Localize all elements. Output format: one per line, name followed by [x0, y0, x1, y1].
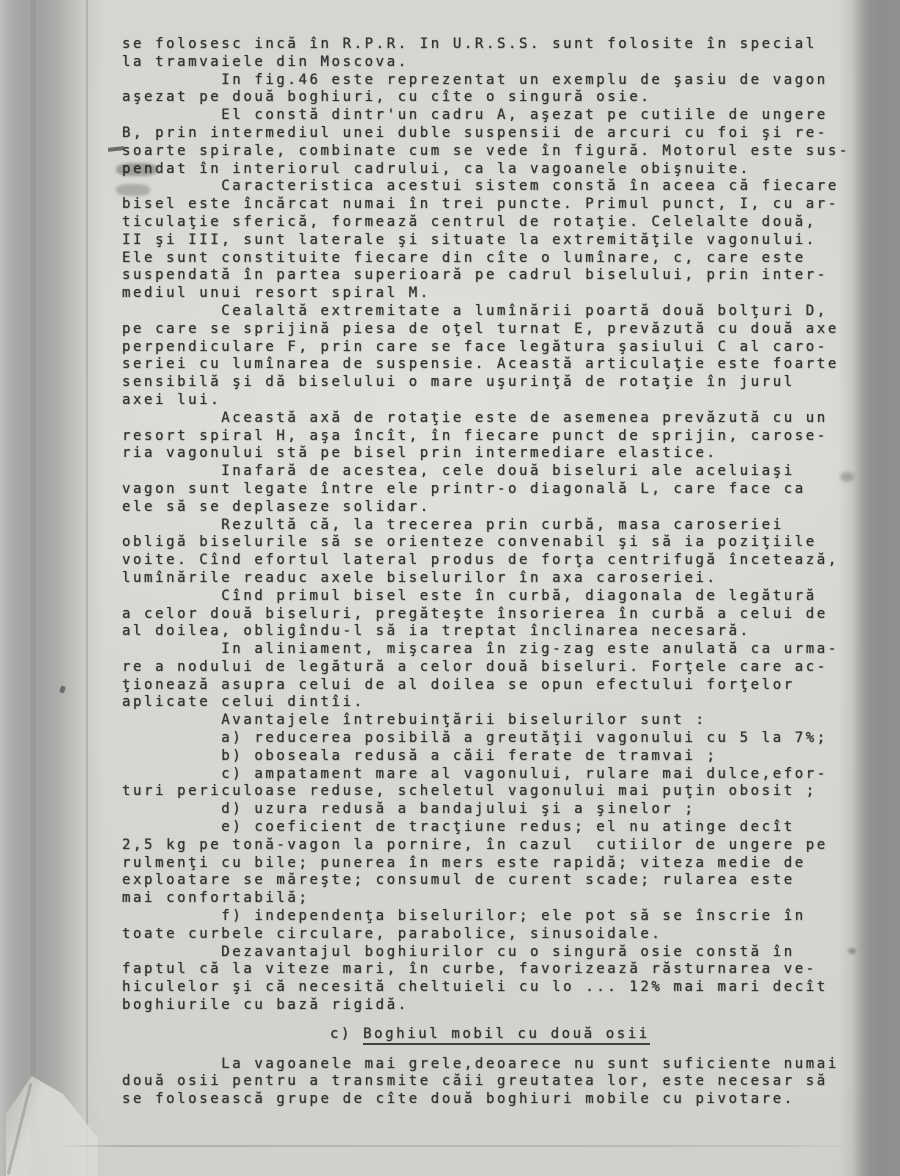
section-heading-title: Boghiul mobil cu două osii: [363, 1026, 650, 1045]
scanned-page: se folosesc incă în R.P.R. In U.R.S.S. s…: [0, 0, 900, 1176]
binding-gutter-shadow: [0, 0, 105, 1176]
gutter-crease-line: [86, 0, 88, 1176]
gutter-streak: [30, 0, 36, 1176]
closing-paragraph: La vagoanele mai grele,deoarece nu sunt …: [122, 1056, 864, 1109]
section-heading-prefix: c): [330, 1026, 363, 1042]
bottom-crease-line: [58, 1145, 862, 1147]
main-paragraphs: se folosesc incă în R.P.R. In U.R.S.S. s…: [122, 36, 864, 1015]
section-heading: c) Boghiul mobil cu două osii: [330, 1026, 864, 1044]
typewritten-text: se folosesc incă în R.P.R. In U.R.S.S. s…: [122, 36, 864, 1109]
